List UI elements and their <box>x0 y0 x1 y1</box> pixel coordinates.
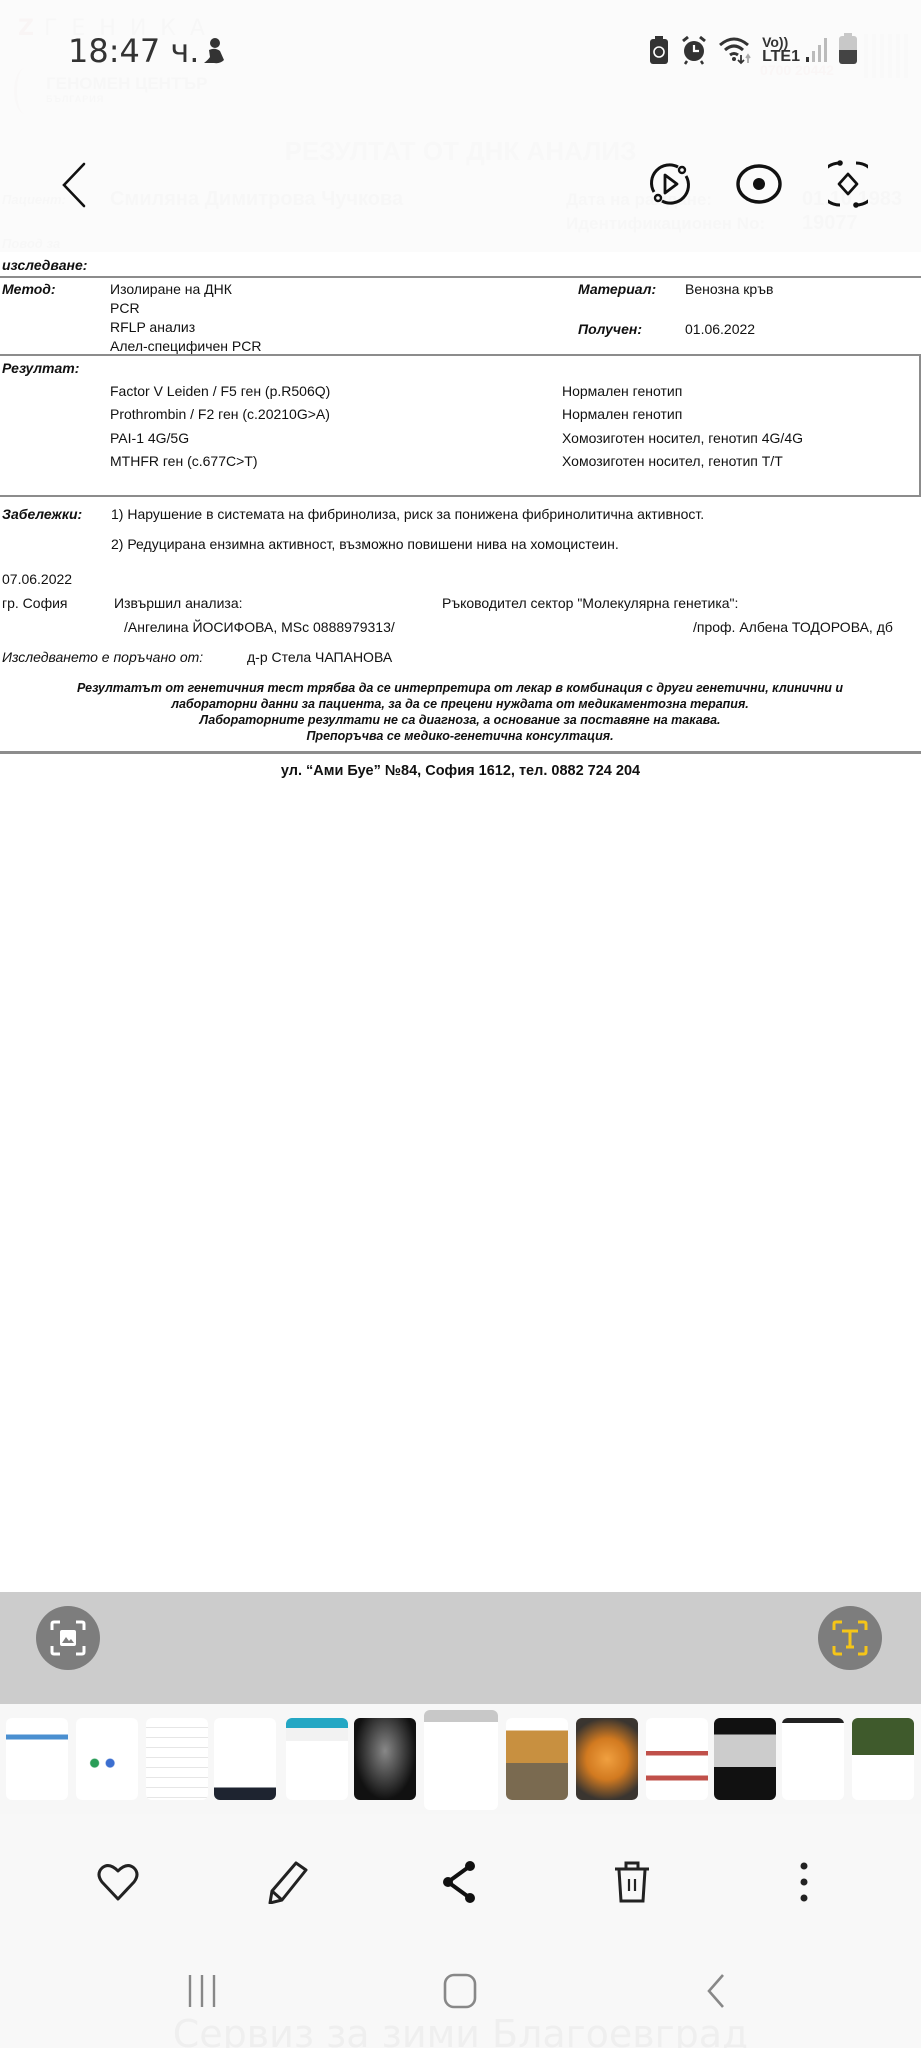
method-item: Изолиране на ДНК <box>110 280 261 299</box>
status-time: 18:47 ч. <box>68 32 199 70</box>
method-list: Изолиране на ДНК PCR RFLP анализ Алел-сп… <box>110 280 261 356</box>
back-nav-icon <box>704 1972 728 2010</box>
divider <box>0 495 921 497</box>
home-button[interactable] <box>430 1966 490 2016</box>
note-item: 2) Редуцирана ензимна активност, възможн… <box>111 535 619 554</box>
wifi-icon <box>718 35 752 65</box>
thumbnail[interactable] <box>646 1718 708 1800</box>
eye-view-icon <box>735 163 783 205</box>
notes-label: Забележки: <box>2 506 82 522</box>
back-nav-button[interactable] <box>686 1966 746 2016</box>
disclaimer-line: лабораторни данни за пациента, за да се … <box>20 696 900 712</box>
battery-saver-icon <box>648 35 670 65</box>
more-options-icon <box>798 1860 810 1904</box>
thumbnail[interactable] <box>146 1718 208 1800</box>
volte-label: Vo)) <box>762 36 800 49</box>
ordered-label: Изследването е поръчано от: <box>2 648 203 667</box>
network-type: LTE1 <box>762 49 800 65</box>
document-image[interactable]: ZГЕНИКА ГЕНОМЕН ЦЕНТЪР БЪЛГАРИЯ 0700 204… <box>0 0 921 790</box>
material-label: Материал: <box>578 281 656 297</box>
rotate-button[interactable] <box>822 156 874 212</box>
thumbnail-selected[interactable] <box>424 1710 498 1810</box>
result-test: Prothrombin / F2 ген (c.20210G>A) <box>110 405 330 424</box>
battery-icon <box>839 36 857 64</box>
result-test: MTHFR ген (c.677C>T) <box>110 452 258 471</box>
more-options-button[interactable] <box>776 1854 832 1910</box>
text-scan-button[interactable] <box>818 1606 882 1670</box>
scan-bar <box>0 1592 921 1704</box>
image-scan-button[interactable] <box>36 1606 100 1670</box>
report-date: 07.06.2022 <box>2 570 72 589</box>
network-indicator: Vo)) LTE1 <box>762 36 800 65</box>
result-outcome: Нормален генотип <box>562 382 682 401</box>
bottom-action-bar <box>0 1814 921 1944</box>
performed-label: Извършил анализа: <box>114 594 243 613</box>
result-outcome: Хомозиготен носител, генотип T/T <box>562 452 783 471</box>
received-label: Получен: <box>578 321 642 337</box>
thumbnail[interactable] <box>214 1718 276 1800</box>
divider <box>0 354 921 356</box>
status-icons: Vo)) LTE1 <box>648 32 921 68</box>
lab-address: ул. “Ами Буе” №84, София 1612, тел. 0882… <box>0 763 921 779</box>
head-label: Ръководител сектор "Молекулярна генетика… <box>442 594 738 613</box>
image-scan-icon <box>48 1618 88 1658</box>
thumbnail[interactable] <box>76 1718 138 1800</box>
method-item: RFLP анализ <box>110 318 261 337</box>
material-value: Венозна кръв <box>685 280 773 299</box>
signal-strength-icon <box>806 38 827 62</box>
result-outcome: Нормален генотип <box>562 405 682 424</box>
report-city: гр. София <box>2 594 68 613</box>
rotate-icon <box>828 159 868 209</box>
result-label: Резултат: <box>2 360 79 376</box>
edit-pencil-icon <box>266 1860 310 1904</box>
reason-label-line2: изследване: <box>2 257 87 273</box>
result-test: Factor V Leiden / F5 ген (p.R506Q) <box>110 382 330 401</box>
thumbnail[interactable] <box>286 1718 348 1800</box>
disclaimer-line: Резултатът от генетичния тест трябва да … <box>20 680 900 696</box>
thumbnail[interactable] <box>576 1718 638 1800</box>
delete-trash-icon <box>612 1859 652 1905</box>
head-name: /проф. Албена ТОДОРОВА, дб <box>693 618 893 637</box>
delete-button[interactable] <box>604 1854 660 1910</box>
note-item: 1) Нарушение в системата на фибринолиза,… <box>111 505 704 524</box>
thumbnail[interactable] <box>506 1718 568 1800</box>
share-icon <box>440 1860 480 1904</box>
back-button[interactable] <box>50 155 98 215</box>
thumbnail[interactable] <box>6 1718 68 1800</box>
favorite-button[interactable] <box>90 1854 146 1910</box>
motion-photo-play-icon <box>648 162 692 206</box>
edit-button[interactable] <box>260 1854 316 1910</box>
system-nav-bar: Сервиз за зими Благоевград <box>0 1944 921 2048</box>
result-outcome: Хомозиготен носител, генотип 4G/4G <box>562 429 803 448</box>
text-scan-icon <box>830 1618 870 1658</box>
background-ghost-text: Сервиз за зими Благоевград <box>0 2012 921 2048</box>
disclaimer-line: Лабораторните резултати не са диагноза, … <box>20 712 900 728</box>
result-test: PAI-1 4G/5G <box>110 429 189 448</box>
thumbnail[interactable] <box>852 1718 914 1800</box>
thumbnail[interactable] <box>782 1718 844 1800</box>
alarm-icon <box>680 35 708 65</box>
ordered-by: д-р Стела ЧАПАНОВА <box>247 648 392 667</box>
divider <box>0 276 921 278</box>
chevron-left-icon <box>60 162 88 208</box>
recents-button[interactable] <box>172 1966 232 2016</box>
favorite-heart-icon <box>96 1862 140 1902</box>
received-value: 01.06.2022 <box>685 320 755 339</box>
divider <box>0 751 921 754</box>
thumbnail[interactable] <box>354 1718 416 1800</box>
home-icon <box>442 1972 478 2010</box>
share-button[interactable] <box>432 1854 488 1910</box>
thumbnail-strip[interactable] <box>0 1704 921 1814</box>
thumbnail[interactable] <box>714 1718 776 1800</box>
disclaimer: Резултатът от генетичния тест трябва да … <box>20 680 900 744</box>
person-status-icon <box>200 36 228 66</box>
view-button[interactable] <box>732 158 786 210</box>
recents-icon <box>185 1973 219 2009</box>
performed-by: /Ангелина ЙОСИФОВА, MSc 0888979313/ <box>124 618 395 637</box>
disclaimer-line: Препоръчва се медико-генетична консултац… <box>20 728 900 744</box>
motion-play-button[interactable] <box>644 158 696 210</box>
method-item: PCR <box>110 299 261 318</box>
method-label: Метод: <box>2 281 56 297</box>
